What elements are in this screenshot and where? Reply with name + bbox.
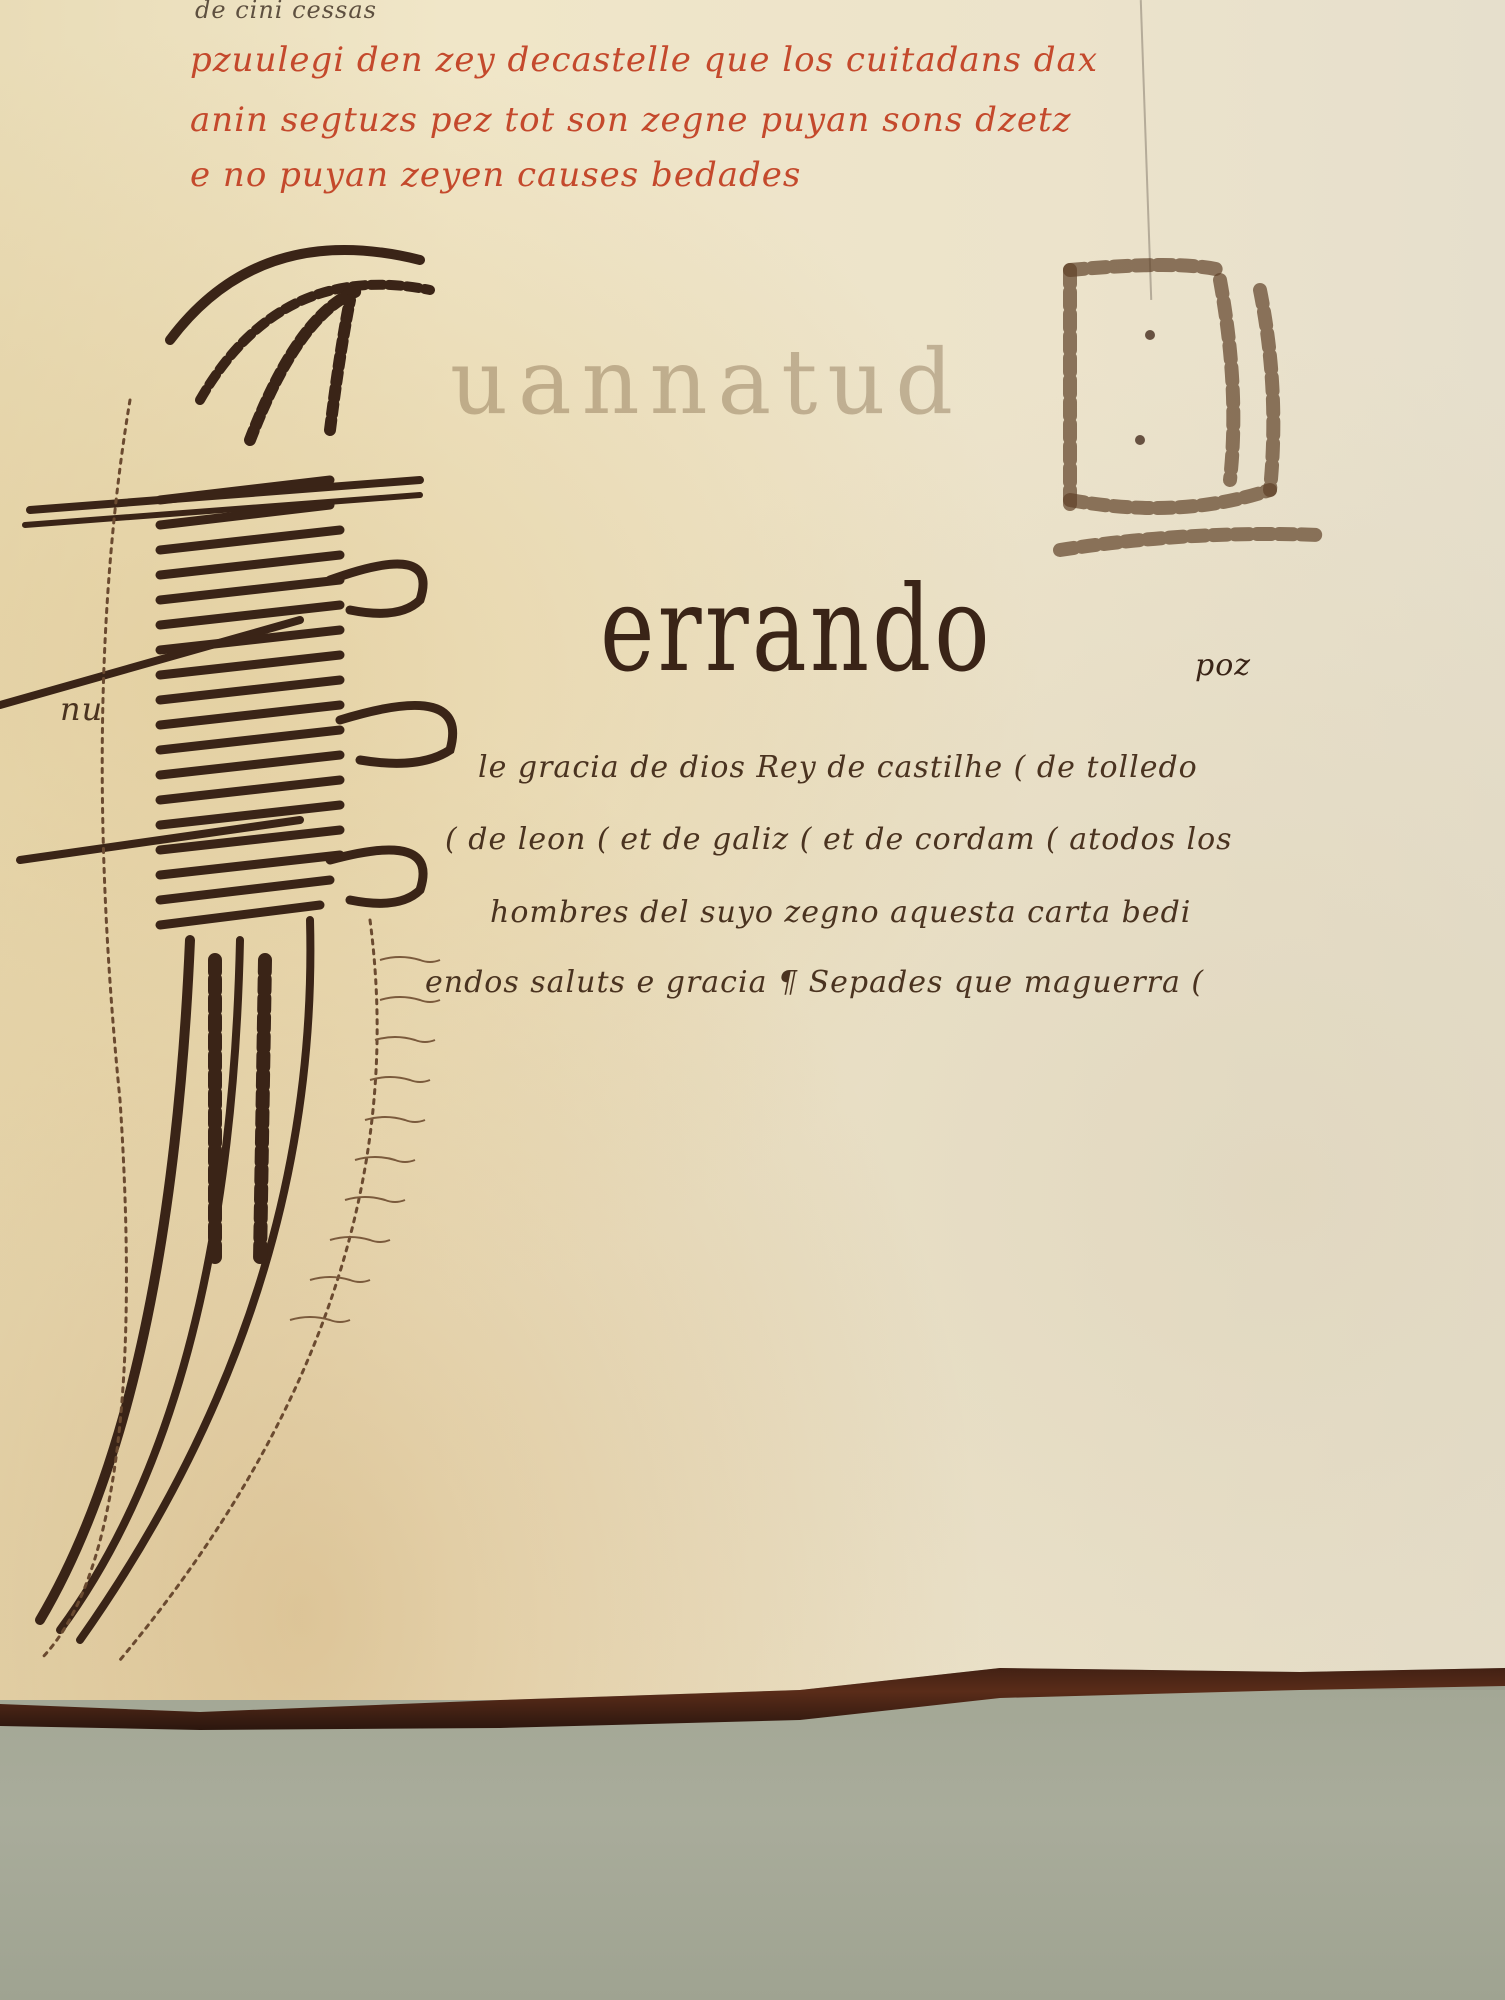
rubric-line-1: pzuulegi den zey decastelle que los cuit… <box>190 40 1098 80</box>
rubric-line-3: e no puyan zeyen causes bedades <box>190 155 801 195</box>
body-line-2: ( de leon ( et de galiz ( et de cordam (… <box>445 822 1233 857</box>
body-line-1: le gracia de dios Rey de castilhe ( de t… <box>478 750 1198 785</box>
background-surface <box>0 1690 1505 2000</box>
margin-word: nu <box>60 690 103 728</box>
body-line-4: endos saluts e gracia ¶ Sepades que magu… <box>425 965 1204 1000</box>
body-line-3: hombres del suyo zegno aquesta carta bed… <box>490 895 1191 930</box>
top-text-fragment: de cini cessas <box>195 0 377 24</box>
heading-word: errando <box>600 560 993 698</box>
decorated-initial-f <box>0 200 700 1680</box>
heading-suffix: poz <box>1195 648 1251 683</box>
bleedthrough-large-letter-b <box>1040 250 1340 580</box>
rubric-line-2: anin segtuzs pez tot son zegne puyan son… <box>190 100 1072 140</box>
